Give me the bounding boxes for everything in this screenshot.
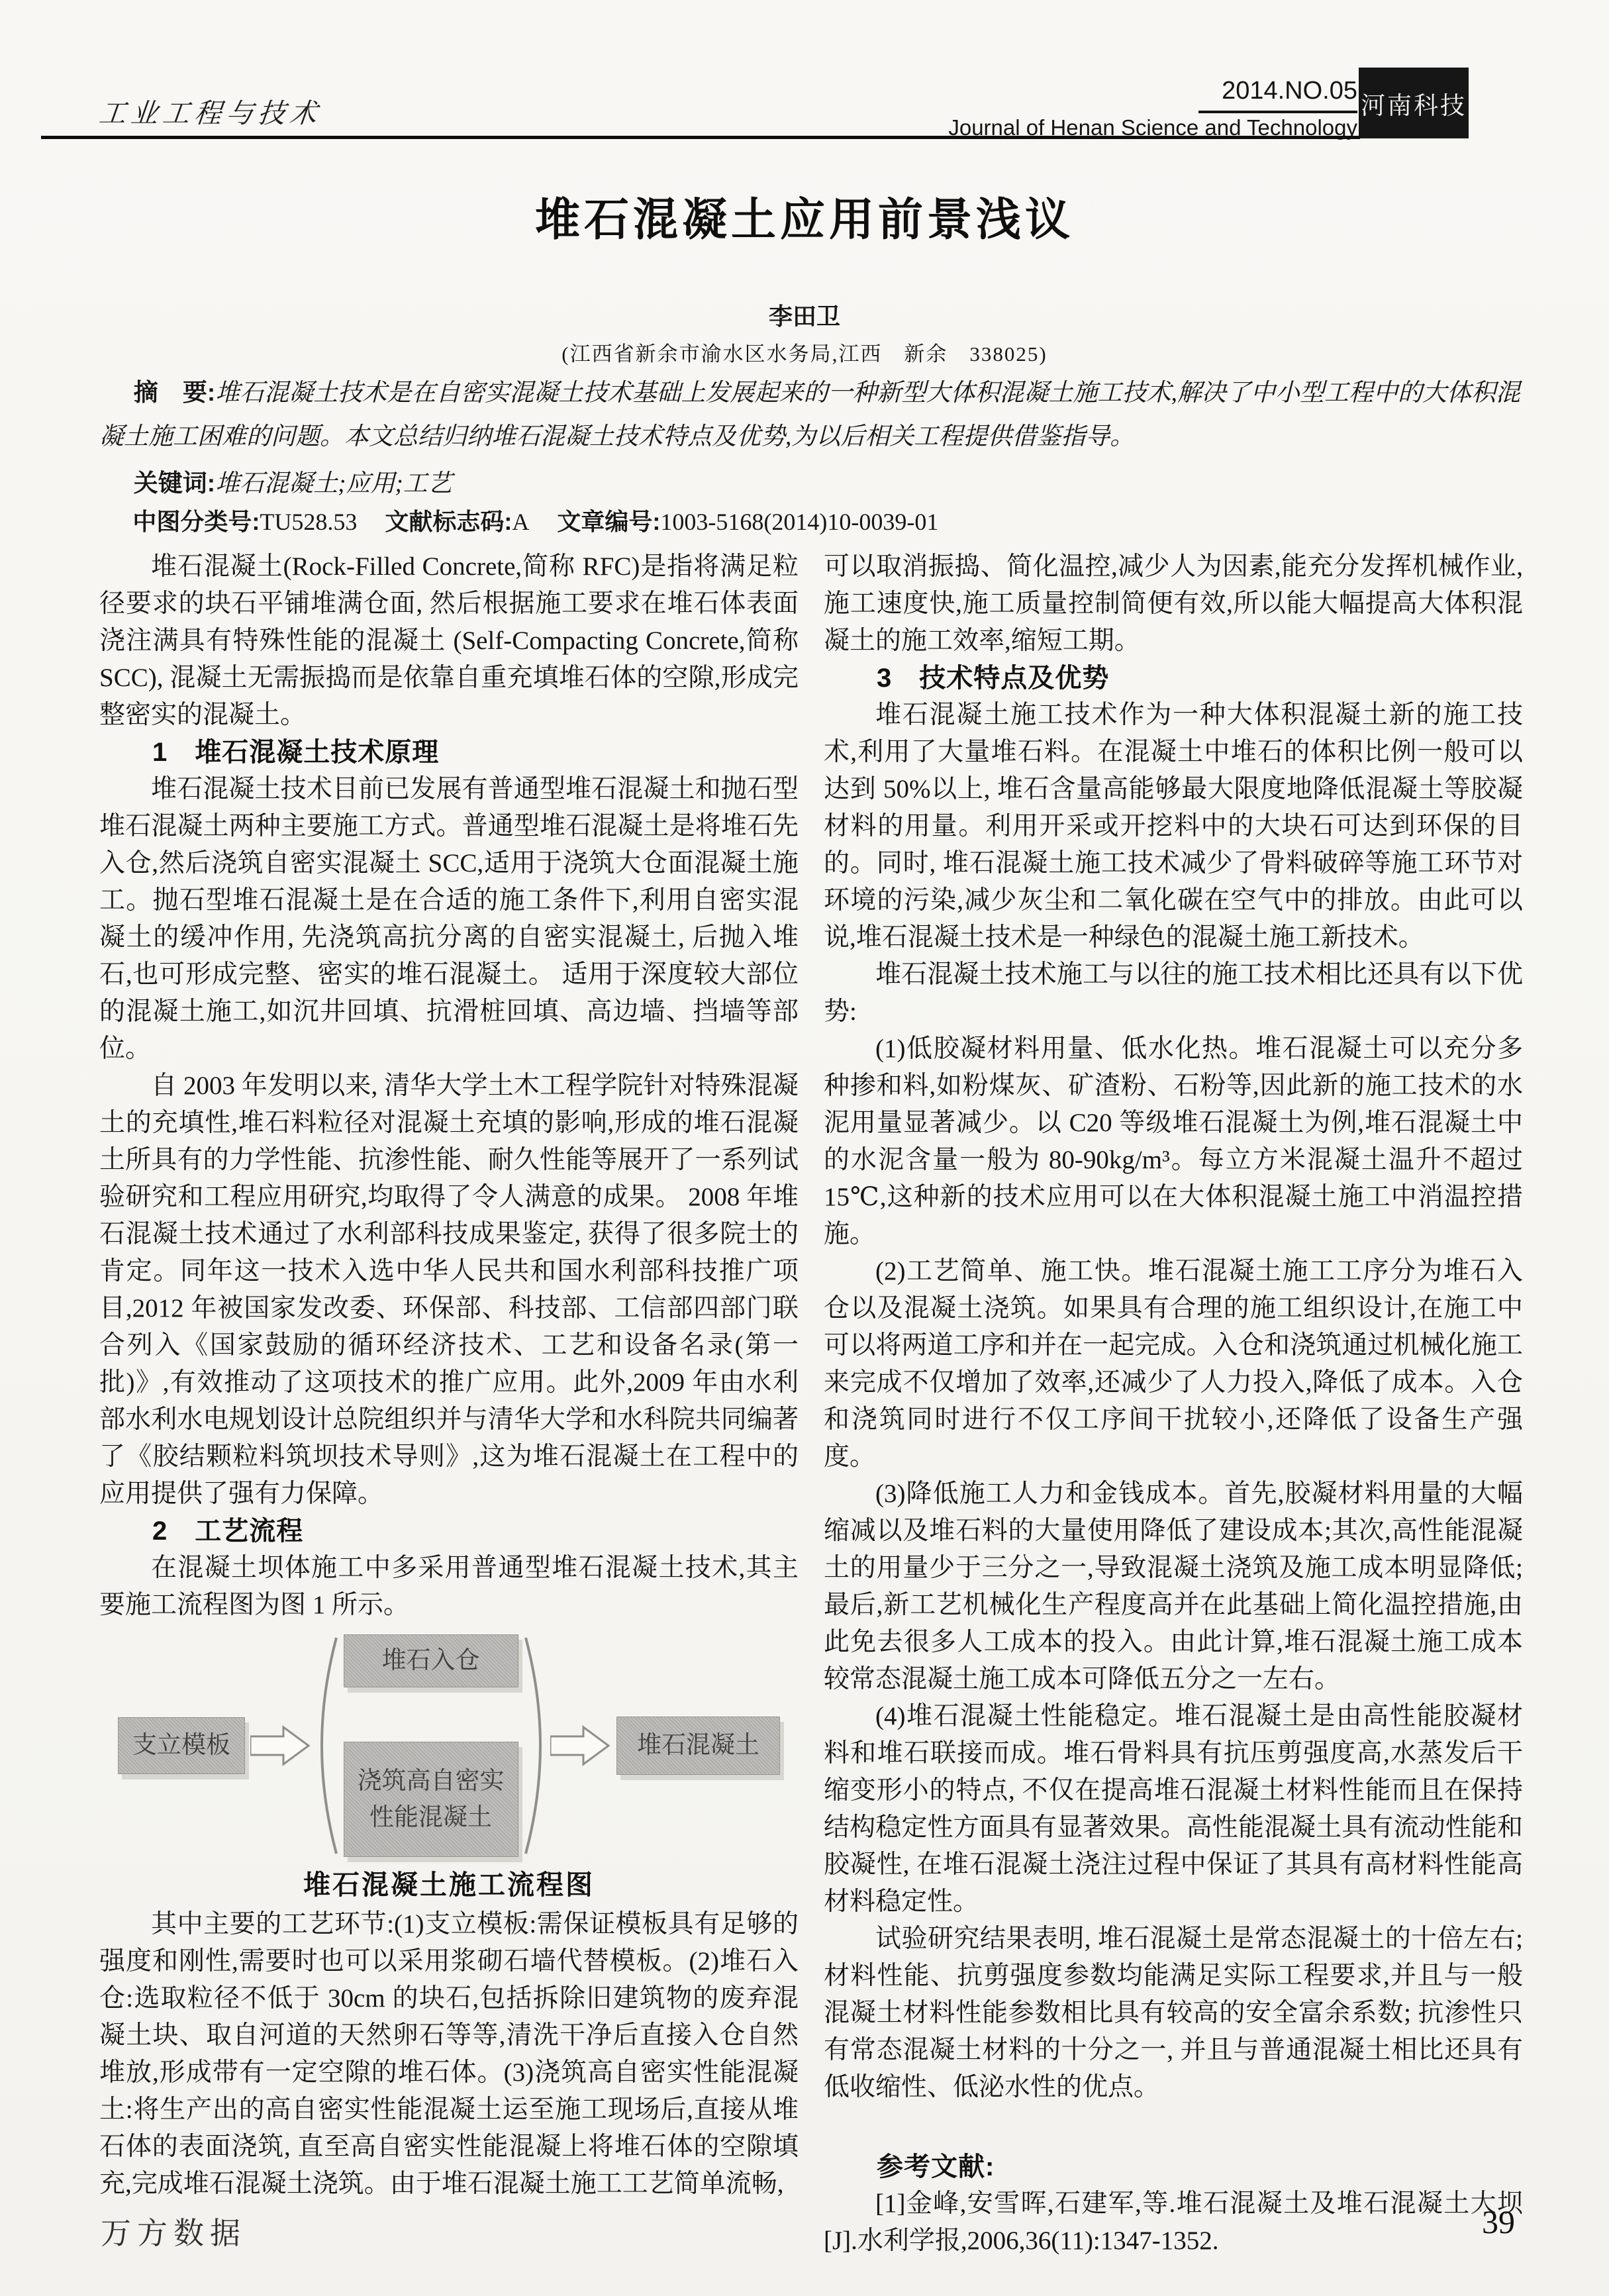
column-right: 可以取消振捣、简化温控,减少人为因素,能充分发挥机械作业,施工速度快,施工质量控… <box>824 548 1523 2260</box>
flowchart: 支立模板 堆石入仓 浇筑高自密实性能混凝土 <box>99 1633 799 1858</box>
flow-arrow-icon <box>250 1724 311 1767</box>
continued-paragraph: 可以取消振捣、简化温控,减少人为因素,能充分发挥机械作业,施工速度快,施工质量控… <box>824 548 1523 660</box>
figure-caption: 堆石混凝土施工流程图 <box>99 1866 799 1903</box>
flow-box-pour: 浇筑高自密实性能混凝土 <box>344 1742 518 1857</box>
section-2-paragraph-2: 其中主要的工艺环节:(1)支立模板:需保证模板具有足够的强度和刚性,需要时也可以… <box>99 1906 799 2203</box>
abstract: 摘 要:堆石混凝土技术是在自密实混凝土技术基础上发展起来的一种新型大体积混凝土施… <box>99 371 1520 459</box>
advantage-item-2: (2)工艺简单、施工快。堆石混凝土施工工序分为堆石入仓以及混凝土浇筑。如果具有合… <box>824 1253 1523 1475</box>
flow-stack: 堆石入仓 浇筑高自密实性能混凝土 <box>344 1634 518 1857</box>
journal-page: 工业工程与技术 2014.NO.05 Journal of Henan Scie… <box>0 0 1609 2296</box>
page-number: 39 <box>1482 2203 1515 2241</box>
column-left: 堆石混凝土(Rock-Filled Concrete,简称 RFC)是指将满足粒… <box>99 548 799 2203</box>
section-3-paragraph-1: 堆石混凝土施工技术作为一种大体积混凝土新的施工技术,利用了大量堆石料。在混凝土中… <box>824 697 1523 956</box>
article-no-label: 文章编号: <box>557 508 660 535</box>
clc-label: 中图分类号: <box>132 508 260 535</box>
references-heading: 参考文献: <box>824 2148 1523 2185</box>
intro-paragraph: 堆石混凝土(Rock-Filled Concrete,简称 RFC)是指将满足粒… <box>99 548 799 734</box>
affiliation: (江西省新余市渝水区水务局,江西 新余 338025) <box>0 337 1609 367</box>
advantage-item-3: (3)降低施工人力和金钱成本。首先,胶凝材料用量的大幅缩减以及堆石料的大量使用降… <box>824 1475 1523 1698</box>
section-1-paragraph-2: 自 2003 年发明以来, 清华大学土木工程学院针对特殊混凝土的充填性,堆石料粒… <box>99 1068 799 1513</box>
advantage-item-1: (1)低胶凝材料用量、低水化热。堆石混凝土可以充分多种掺和料,如粉煤灰、矿渣粉、… <box>824 1030 1523 1253</box>
section-3-paragraph-2: 堆石混凝土技术施工与以往的施工技术相比还具有以下优势: <box>824 956 1523 1030</box>
doc-code-value: A <box>512 509 529 535</box>
meta-line: 中图分类号:TU528.53文献标志码:A文章编号:1003-5168(2014… <box>99 503 1520 537</box>
article-title: 堆石混凝土应用前景浅议 <box>0 184 1609 248</box>
article-no-value: 1003-5168(2014)10-0039-01 <box>660 509 938 535</box>
doc-code-label: 文献标志码: <box>385 508 512 535</box>
bracket-left-icon <box>317 1634 340 1857</box>
flow-bracket-group: 堆石入仓 浇筑高自密实性能混凝土 <box>317 1634 545 1857</box>
author-name: 李田卫 <box>0 298 1609 332</box>
header-rule <box>41 136 1360 139</box>
keywords-text: 堆石混凝土;应用;工艺 <box>215 470 452 497</box>
journal-logo: 河南科技 <box>1359 68 1469 138</box>
flow-box-result: 堆石混凝土 <box>616 1717 780 1775</box>
section-3-heading: 3 技术特点及优势 <box>824 660 1523 697</box>
abstract-text: 堆石混凝土技术是在自密实混凝土技术基础上发展起来的一种新型大体积混凝土施工技术,… <box>99 379 1520 450</box>
reference-item: [1]金峰,安雪晖,石建军,等.堆石混凝土及堆石混凝土大坝[J].水利学报,20… <box>824 2185 1523 2260</box>
section-1-heading: 1 堆石混凝土技术原理 <box>99 734 799 771</box>
flow-box-rockfill: 堆石入仓 <box>344 1634 518 1687</box>
section-1-paragraph-1: 堆石混凝土技术目前已发展有普通型堆石混凝土和抛石型堆石混凝土两种主要施工方式。普… <box>99 771 799 1068</box>
header-section-label: 工业工程与技术 <box>97 91 324 130</box>
section-2-heading: 2 工艺流程 <box>99 1513 799 1550</box>
figure-flowchart: 支立模板 堆石入仓 浇筑高自密实性能混凝土 <box>99 1633 799 1903</box>
wanfang-watermark: 万方数据 <box>101 2209 246 2253</box>
keywords-line: 关键词:堆石混凝土;应用;工艺 <box>99 463 1520 499</box>
abstract-label: 摘 要: <box>134 379 215 406</box>
results-paragraph: 试验研究结果表明, 堆石混凝土是常态混凝土的十倍左右;材料性能、抗剪强度参数均能… <box>824 1921 1523 2106</box>
bracket-right-icon <box>522 1634 545 1857</box>
flow-arrow-icon <box>550 1724 611 1767</box>
section-2-paragraph-1: 在混凝土坝体施工中多采用普通型堆石混凝土技术,其主要施工流程图为图 1 所示。 <box>99 1550 799 1624</box>
keywords-label: 关键词: <box>134 470 215 497</box>
issue-number: 2014.NO.05 <box>1198 77 1357 113</box>
clc-value: TU528.53 <box>260 509 357 535</box>
flow-box-formwork: 支立模板 <box>118 1717 245 1774</box>
advantage-item-4: (4)堆石混凝土性能稳定。堆石混凝土是由高性能胶凝材料和堆石联接而成。堆石骨料具… <box>824 1698 1523 1921</box>
